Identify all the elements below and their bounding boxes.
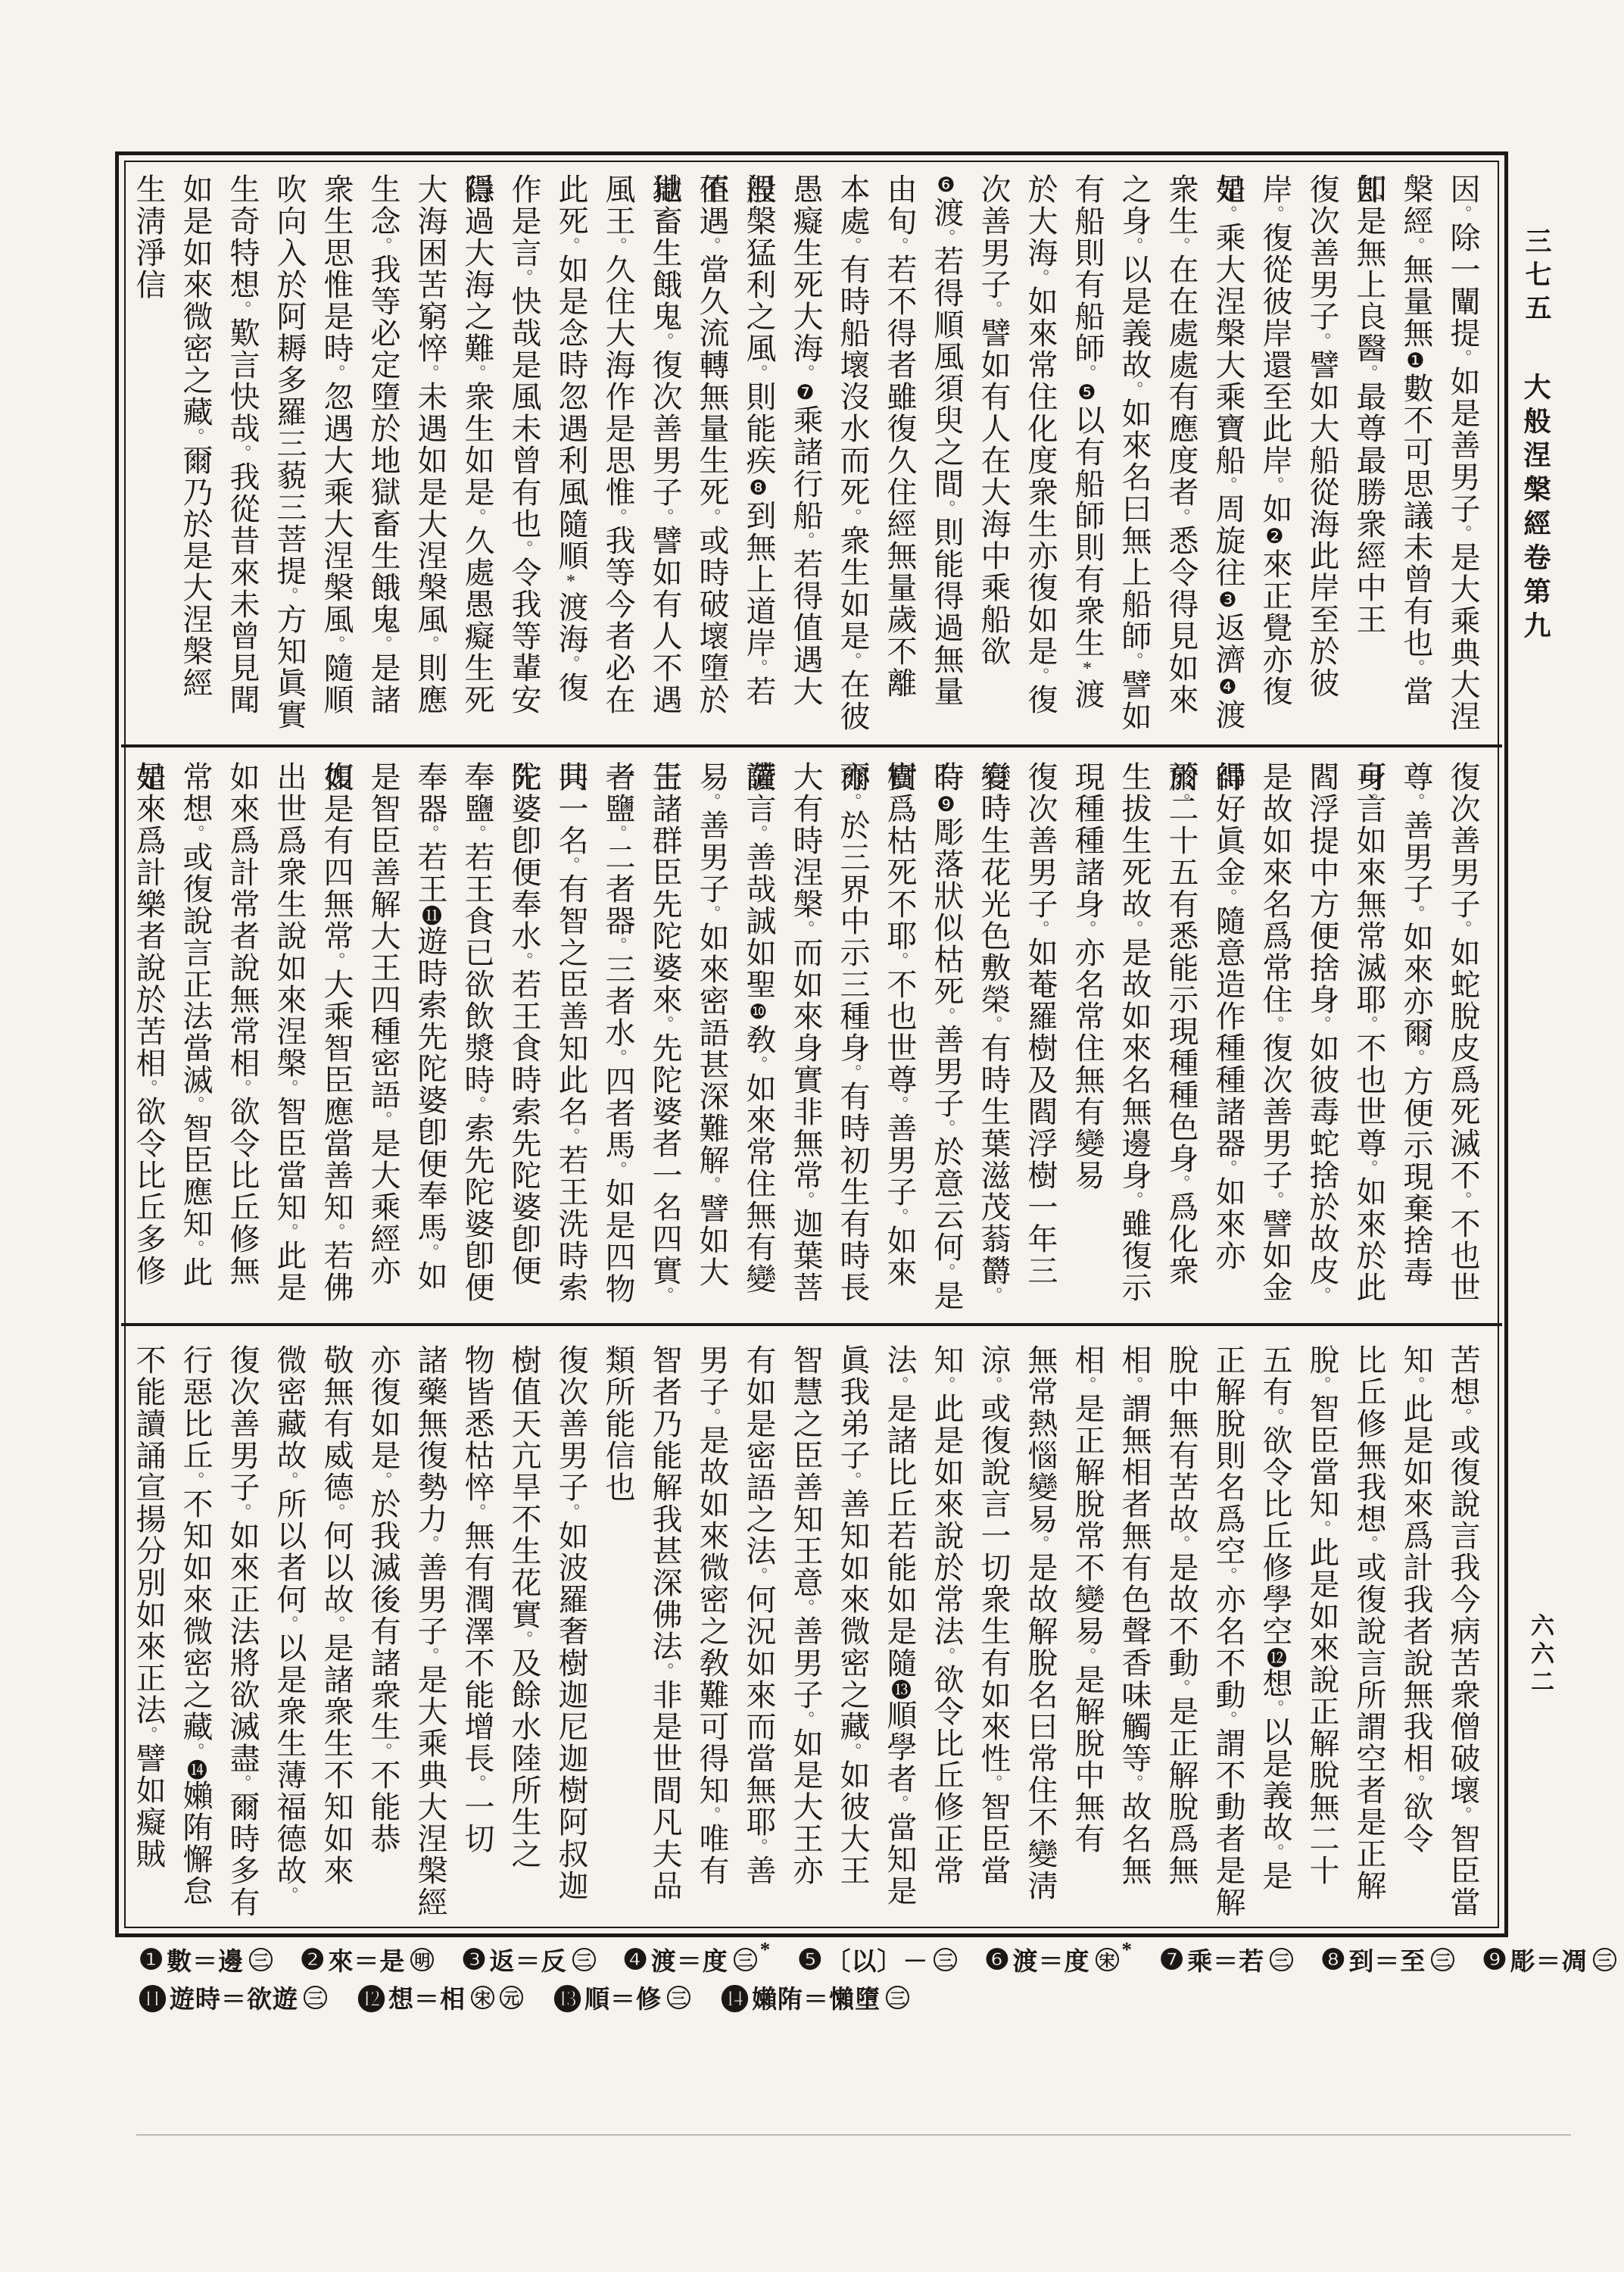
punctuation: 。 <box>186 825 205 841</box>
punctuation: 。 <box>233 1079 252 1096</box>
text-column: 法。是諸比丘若能如是隨⓭順學者。當知是 <box>876 1344 923 1929</box>
text-column: 生奇特想。歎言快哉。我從昔來未曾見聞 <box>219 173 266 735</box>
text-column: 得好眞金。隨意造作種種諸器。如來亦爾。 <box>1205 761 1252 1312</box>
scanned-sutra-page: { "header": { "leaf_label": "三七五", "sutr… <box>0 0 1624 2272</box>
punctuation: 。 <box>609 508 628 525</box>
apparatus-number-icon: ❾ <box>1482 1943 1507 1977</box>
apparatus-text: 返＝反 <box>490 1942 567 1977</box>
note-marker-icon: ❻ <box>935 173 958 197</box>
punctuation: 。 <box>796 1191 815 1208</box>
register-divider <box>121 744 1502 747</box>
punctuation: 。 <box>562 655 581 672</box>
text-column: 是。乘大涅槃大乘寶船。周旋往❸返濟❹渡 <box>1205 173 1252 735</box>
punctuation: 。 <box>609 1161 628 1178</box>
punctuation: 。 <box>186 1096 205 1113</box>
punctuation: 。 <box>1266 1408 1285 1425</box>
apparatus-number-icon: ⓫ <box>139 1977 167 2018</box>
punctuation: 。 <box>327 1503 346 1520</box>
edition-siglum-icon: 三 <box>249 1948 273 1971</box>
punctuation: 。 <box>515 540 534 557</box>
punctuation: 。 <box>1172 508 1191 525</box>
punctuation: 。 <box>656 1016 675 1032</box>
punctuation: 。 <box>984 301 1003 317</box>
note-marker-icon: ⓭ <box>888 1679 911 1699</box>
punctuation: 。 <box>750 1056 768 1072</box>
punctuation: 。 <box>1125 652 1144 669</box>
text-column: 有如是密語之法。何況如來而當無耶。善 <box>735 1344 782 1929</box>
apparatus-entry: ⓬想＝相宋元 <box>357 1977 523 2018</box>
punctuation: 。 <box>374 635 393 652</box>
punctuation: 。 <box>890 1096 909 1113</box>
punctuation: 。 <box>937 1263 956 1280</box>
apparatus-entry: ❽到＝至三 <box>1320 1942 1454 1977</box>
punctuation: 。 <box>327 364 346 381</box>
text-column: 次善男子。譬如有人在大海中乘船欲 <box>970 173 1017 735</box>
text-column: 陀婆卽便奉水。若王食時索先陀婆卽便 <box>500 761 547 1312</box>
text-column: 涼。或復說言一切衆生有如來性。智臣當 <box>970 1344 1017 1929</box>
punctuation: 。 <box>1031 1535 1050 1552</box>
punctuation: 。 <box>374 1111 393 1128</box>
apparatus-number-icon: ❺ <box>797 1943 822 1977</box>
collation-star-icon: * <box>1077 659 1097 679</box>
note-marker-icon: ⓬ <box>1264 1647 1286 1668</box>
punctuation: 。 <box>796 1711 815 1727</box>
folio-number: 六六二 <box>1523 1613 1557 1697</box>
apparatus-text: 嬾陏＝懶墮 <box>752 1980 881 2015</box>
text-column: 時❾彫落狀似枯死。善男子。於意云何。是樹 <box>923 761 970 1312</box>
text-column: 大有時涅槃。而如來身實非無常。迦葉菩薩 <box>782 761 829 1312</box>
punctuation: 。 <box>280 1223 299 1240</box>
edition-siglum-icon: 三 <box>572 1948 596 1971</box>
punctuation: 。 <box>1219 1567 1238 1584</box>
punctuation: 。 <box>937 1376 956 1393</box>
text-column: 樹值天亢旱不生花實。及餘水陸所生之 <box>500 1344 547 1929</box>
punctuation: 。 <box>1266 1191 1285 1208</box>
text-column: 者鹽。二者器。三者水。四者馬。如是四物共 <box>594 761 641 1312</box>
punctuation: 。 <box>1266 205 1285 222</box>
punctuation: 。 <box>233 445 252 461</box>
punctuation: 。 <box>843 1471 862 1488</box>
apparatus-number-icon: ⓭ <box>553 1977 581 2018</box>
note-marker-icon: ❷ <box>1264 525 1286 548</box>
apparatus-text: 乘＝若 <box>1187 1942 1264 1977</box>
text-column: 本處。有時船壞沒水而死。衆生如是。在彼 <box>829 173 876 735</box>
text-column: 尊。善男子。如來亦爾。方便示現棄捨毒身。 <box>1392 761 1439 1312</box>
punctuation: 。 <box>1125 1774 1144 1791</box>
punctuation: 。 <box>1454 1191 1473 1208</box>
apparatus-number-icon: ❽ <box>1320 1943 1345 1977</box>
punctuation: 。 <box>1454 349 1473 366</box>
punctuation: 。 <box>233 1503 252 1520</box>
text-column: 岸。復從彼岸還至此岸。如❷來正覺亦復如 <box>1252 173 1298 735</box>
text-column: 復次善男子。如來正法將欲滅盡。爾時多有 <box>219 1344 266 1929</box>
punctuation: 。 <box>1407 659 1426 676</box>
text-column: 復次善男子。如菴羅樹及閻浮樹一年三變。 <box>1017 761 1064 1312</box>
note-marker-icon: ❿ <box>747 1000 770 1024</box>
text-column: 男子。是故如來微密之敎難可得知。唯有 <box>688 1344 735 1929</box>
text-column: 可言如來無常滅耶。不也世尊。如來於此 <box>1345 761 1392 1312</box>
punctuation: 。 <box>796 1599 815 1615</box>
apparatus-number-icon: ❹ <box>623 1943 648 1977</box>
punctuation: 。 <box>280 1887 299 1903</box>
punctuation: 。 <box>1313 1287 1332 1303</box>
text-column: 愚癡生死大海。❼乘諸行船。若得值遇大般 <box>782 173 829 735</box>
edition-siglum-icon: 明 <box>410 1948 434 1971</box>
note-marker-icon: ❾ <box>935 793 958 816</box>
punctuation: 。 <box>1172 237 1191 254</box>
apparatus-number-icon: ❷ <box>300 1943 325 1977</box>
punctuation: 。 <box>374 1743 393 1759</box>
text-column: ❻渡。若得順風須臾之間。則能得過無量 <box>923 173 970 735</box>
apparatus-text: 到＝至 <box>1348 1942 1426 1977</box>
punctuation: 。 <box>1266 1699 1285 1716</box>
punctuation: 。 <box>796 920 815 937</box>
punctuation: 。 <box>609 825 628 841</box>
punctuation: 。 <box>327 952 346 969</box>
punctuation: 。 <box>1219 476 1238 493</box>
punctuation: 。 <box>937 1119 956 1136</box>
punctuation: 。 <box>1313 1376 1332 1393</box>
text-column: 於大海。如來常住化度衆生亦復如是。復 <box>1017 173 1064 735</box>
note-marker-icon: ❶ <box>1404 349 1427 373</box>
punctuation: 。 <box>186 1743 205 1759</box>
punctuation: 。 <box>515 1631 534 1647</box>
text-column: 閻浮提中方便捨身。如彼毒蛇捨於故皮。 <box>1298 761 1345 1312</box>
text-column: 復次善男子。如波羅奢樹迦尼迦樹阿叔迦 <box>547 1344 594 1929</box>
punctuation: 。 <box>1031 920 1050 937</box>
punctuation: 。 <box>843 508 862 525</box>
punctuation: 。 <box>139 1726 158 1743</box>
punctuation: 。 <box>609 937 628 953</box>
punctuation: 。 <box>515 269 534 286</box>
text-column: 是智臣善解大王四種密語。是大乘經亦復 <box>360 761 407 1312</box>
scan-artifact-line <box>136 2134 1571 2136</box>
text-column: 由旬。若不得者雖復久住經無量歲不離 <box>876 173 923 735</box>
punctuation: 。 <box>1078 1376 1097 1393</box>
text-column: 生拔生死故。是故如來名無邊身。雖復示 <box>1111 761 1158 1312</box>
punctuation: 。 <box>843 237 862 254</box>
punctuation: 。 <box>656 1287 675 1303</box>
apparatus-entry: ❼乘＝若三 <box>1159 1942 1293 1977</box>
punctuation: 。 <box>562 1128 581 1144</box>
punctuation: 。 <box>374 1471 393 1488</box>
text-column: 易。善男子。如來密語甚深難解。譬如大王 <box>688 761 735 1312</box>
punctuation: 。 <box>1407 793 1426 810</box>
punctuation: 。 <box>1078 920 1097 937</box>
edition-siglum-icon: 三 <box>304 1986 327 2009</box>
punctuation: 。 <box>280 1471 299 1488</box>
text-column: 正解脫則名爲空。亦名不動。謂不動者是解 <box>1205 1344 1252 1929</box>
punctuation: 。 <box>280 1615 299 1632</box>
punctuation: 。 <box>1031 269 1050 286</box>
punctuation: 。 <box>796 364 815 381</box>
text-column: 知。此是如來說於常法。欲令比丘修正常 <box>923 1344 970 1929</box>
note-marker-icon: ❸ <box>1217 588 1239 612</box>
edition-siglum-icon: 三 <box>667 1986 690 2009</box>
punctuation: 。 <box>421 1647 440 1664</box>
punctuation: 。 <box>890 952 909 969</box>
text-column: 獄畜生餓鬼。復次善男子。譬如有人不遇 <box>641 173 688 735</box>
punctuation: 。 <box>750 1838 768 1855</box>
punctuation: 。 <box>233 1774 252 1791</box>
register-divider <box>121 1323 1502 1326</box>
punctuation: 。 <box>1125 237 1144 254</box>
apparatus-entry: ⓭順＝修三 <box>553 1977 690 2018</box>
text-column: 常想。或復說言正法當滅。智臣應知。此是 <box>172 761 219 1312</box>
leaf-number: 三七五 <box>1517 227 1555 327</box>
punctuation: 。 <box>937 500 956 517</box>
text-column: 苦想。或復說言我今病苦衆僧破壞。智臣當 <box>1439 1344 1486 1929</box>
note-marker-icon: ❼ <box>794 381 817 404</box>
punctuation: 。 <box>1078 1647 1097 1664</box>
punctuation: 。 <box>1266 1843 1285 1860</box>
text-column: 脫中無有苦故。是故不動。是正解脫爲無 <box>1158 1344 1205 1929</box>
punctuation: 。 <box>1454 525 1473 541</box>
punctuation: 。 <box>656 508 675 525</box>
punctuation: 。 <box>1360 1159 1379 1176</box>
punctuation: 。 <box>703 1408 722 1425</box>
apparatus-text: 來＝是 <box>328 1942 405 1977</box>
text-column: 如是如來微密之藏。爾乃於是大涅槃經 <box>172 173 219 735</box>
text-column: 無常熱惱變易。是故解脫名曰常住不變淸 <box>1017 1344 1064 1929</box>
register-top: 因。除一闡提。如是善男子。是大乘典大涅槃經。無量無❶數不可思議未曾有也。當知卽是… <box>123 173 1486 735</box>
edition-siglum-icon: 三 <box>886 1986 909 2009</box>
punctuation: 。 <box>750 1567 768 1584</box>
apparatus-entry: ❸返＝反三 <box>461 1942 595 1977</box>
text-column: 告諸群臣先陀婆來。先陀婆者一名四實。一 <box>641 761 688 1312</box>
punctuation: 。 <box>1125 1191 1144 1208</box>
punctuation: 。 <box>750 364 768 381</box>
collation-star-icon: * <box>760 1942 771 1957</box>
punctuation: 。 <box>1078 364 1097 381</box>
punctuation: 。 <box>703 237 722 254</box>
punctuation: 。 <box>796 532 815 548</box>
punctuation: 。 <box>1360 1016 1379 1032</box>
punctuation: 。 <box>890 1795 909 1812</box>
text-column: 物皆悉枯悴。無有潤澤不能增長。一切 <box>454 1344 500 1929</box>
punctuation: 。 <box>468 1774 487 1791</box>
punctuation: 。 <box>280 587 299 604</box>
punctuation: 。 <box>186 1240 205 1256</box>
text-column: 之身。以是義故。如來名曰無上船師。譬如 <box>1111 173 1158 735</box>
punctuation: 。 <box>1454 1806 1473 1823</box>
text-column: 大海困苦窮悴。未遇如是大涅槃風。則應 <box>407 173 454 735</box>
punctuation: 。 <box>280 1079 299 1096</box>
text-column: 有時生花光色敷榮。有時生葉滋茂蓊欝。有 <box>970 761 1017 1312</box>
text-column: 如是有四無常。大乘智臣應當善知。若佛 <box>313 761 360 1312</box>
punctuation: 。 <box>1266 476 1285 493</box>
apparatus-number-icon: ❻ <box>984 1943 1009 1977</box>
punctuation: 。 <box>703 1806 722 1823</box>
text-column: 復次善男子。譬如大船從海此岸至於彼 <box>1298 173 1345 735</box>
punctuation: 。 <box>468 508 487 525</box>
apparatus-text: 〔以〕－ <box>825 1942 928 1977</box>
punctuation: 。 <box>1219 1159 1238 1176</box>
text-column: 相。是正解脫常不變易。是解脫中無有 <box>1064 1344 1111 1929</box>
text-column: 類所能信也 <box>594 1344 641 1929</box>
apparatus-text: 渡＝度 <box>651 1942 728 1977</box>
edition-siglum-icon: 三 <box>1593 1948 1616 1971</box>
sutra-title: 大般涅槃經卷第九 <box>1516 373 1555 645</box>
text-column: 眞我弟子。善知如來微密之藏。如彼大王 <box>829 1344 876 1929</box>
note-marker-icon: ⓫ <box>419 905 441 925</box>
punctuation: 。 <box>186 428 205 445</box>
apparatus-number-icon: ❼ <box>1159 1943 1184 1977</box>
text-column: 風王。久住大海作是思惟。我等今者必在 <box>594 173 641 735</box>
punctuation: 。 <box>1407 1049 1426 1066</box>
text-column: 微密藏故。所以者何。以是衆生薄福德故。 <box>266 1344 313 1929</box>
register-bottom: 苦想。或復說言我今病苦衆僧破壞。智臣當知。此是如來爲計我者說無我相。欲令比丘修無… <box>123 1344 1486 1929</box>
apparatus-text: 彫＝凋 <box>1510 1942 1588 1977</box>
punctuation: 。 <box>937 1647 956 1664</box>
apparatus-text: 想＝相 <box>388 1980 466 2015</box>
punctuation: 。 <box>1219 1711 1238 1727</box>
punctuation: 。 <box>890 237 909 254</box>
apparatus-entry: ❶數＝邊三 <box>139 1942 273 1977</box>
punctuation: 。 <box>421 825 440 841</box>
punctuation: 。 <box>1172 1679 1191 1696</box>
apparatus-line-2: ⓫遊時＝欲遊三⓬想＝相宋元⓭順＝修三⓮嬾陏＝懶墮三 <box>139 1977 909 2018</box>
punctuation: 。 <box>468 1503 487 1520</box>
text-column: 吹向入於阿耨多羅三藐三菩提。方知眞實 <box>266 173 313 735</box>
punctuation: 。 <box>890 1376 909 1393</box>
text-column: 智慧之臣善知王意。善男子。如是大王亦 <box>782 1344 829 1929</box>
punctuation: 。 <box>1172 1175 1191 1191</box>
punctuation: 。 <box>233 301 252 317</box>
punctuation: 。 <box>1407 1376 1426 1393</box>
text-column: 此死。如是念時忽遇利風隨順*渡海。復 <box>547 173 594 735</box>
punctuation: 。 <box>515 952 534 969</box>
punctuation: 。 <box>984 1287 1003 1303</box>
text-column: 知。此是如來爲計我者說無我相。欲令 <box>1392 1344 1439 1929</box>
text-column: 因。除一闡提。如是善男子。是大乘典大涅 <box>1439 173 1486 735</box>
punctuation: 。 <box>1125 381 1144 398</box>
note-marker-icon: ⓮ <box>184 1759 207 1780</box>
text-column: 不能讀誦宣揚分別如來正法。譬如癡賊 <box>125 1344 172 1929</box>
note-marker-icon: ❹ <box>1217 676 1239 699</box>
apparatus-entry: ❷來＝是明 <box>300 1942 434 1977</box>
punctuation: 。 <box>1407 237 1426 254</box>
punctuation: 。 <box>421 1244 440 1260</box>
punctuation: 。 <box>609 1049 628 1066</box>
text-column: 是故如來名爲常住。復次善男子。譬如金師 <box>1252 761 1298 1312</box>
punctuation: 。 <box>421 635 440 652</box>
punctuation: 。 <box>1407 905 1426 922</box>
apparatus-line-1: ❶數＝邊三❷來＝是明❸返＝反三❹渡＝度三*❺〔以〕－三❻渡＝度宋*❼乘＝若三❽到… <box>139 1942 1624 1977</box>
punctuation: 。 <box>656 1662 675 1679</box>
edition-siglum-icon: 三 <box>734 1948 757 1971</box>
punctuation: 。 <box>609 237 628 254</box>
punctuation: 。 <box>562 1503 581 1520</box>
punctuation: 。 <box>1313 1520 1332 1537</box>
text-column: 敬無有威德。何以故。是諸衆生不知如來 <box>313 1344 360 1929</box>
text-column: 卽是無上良醫。最尊最勝衆經中王 <box>1345 173 1392 735</box>
punctuation: 。 <box>1313 332 1332 349</box>
text-column: 同一名。有智之臣善知此名。若王洗時索先 <box>547 761 594 1312</box>
punctuation: 。 <box>327 635 346 652</box>
punctuation: 。 <box>1219 205 1238 222</box>
apparatus-number-icon: ⓮ <box>721 1977 749 2018</box>
text-column: 有船則有船師。❺以有船師則有衆生*渡 <box>1064 173 1111 735</box>
text-column: 衆生思惟是時。忽遇大乘大涅槃風。隨順 <box>313 173 360 735</box>
punctuation: 。 <box>327 1223 346 1240</box>
text-column: 如來爲計常者說無常相。欲令比丘修無 <box>219 761 266 1312</box>
punctuation: 。 <box>703 1176 722 1193</box>
punctuation: 。 <box>186 1471 205 1488</box>
punctuation: 。 <box>937 1007 956 1024</box>
text-box: 因。除一闡提。如是善男子。是大乘典大涅槃經。無量無❶數不可思議未曾有也。當知卽是… <box>115 151 1508 1937</box>
punctuation: 。 <box>1031 667 1050 684</box>
text-column: 智者乃能解我甚深佛法。非是世間凡夫品 <box>641 1344 688 1929</box>
text-column: 實爲枯死不耶。不也世尊。善男子。如來亦 <box>876 761 923 1312</box>
apparatus-entry: ❺〔以〕－三 <box>797 1942 957 1977</box>
text-column: 生念。我等必定墮於地獄畜生餓鬼。是諸 <box>360 173 407 735</box>
apparatus-entry: ❻渡＝度宋* <box>984 1942 1132 1977</box>
apparatus-number-icon: ❸ <box>461 1943 486 1977</box>
collation-star-icon: * <box>1122 1942 1133 1957</box>
text-column: 奉器。若王⓫遊時索先陀婆卽便奉馬。如 <box>407 761 454 1312</box>
punctuation: 。 <box>1454 205 1473 222</box>
punctuation: 。 <box>843 1064 862 1081</box>
apparatus-text: 數＝邊 <box>167 1942 244 1977</box>
edition-siglum-icon: 三 <box>934 1948 957 1971</box>
punctuation: 。 <box>703 793 722 810</box>
punctuation: 。 <box>656 332 675 349</box>
punctuation: 。 <box>984 1016 1003 1032</box>
apparatus-text: 遊時＝欲遊 <box>170 1980 298 2015</box>
punctuation: 。 <box>468 825 487 841</box>
punctuation: 。 <box>1125 920 1144 937</box>
text-column: 亦復如是。於我滅後有諸衆生。不能恭 <box>360 1344 407 1929</box>
punctuation: 。 <box>703 905 722 922</box>
text-column: 如來爲計樂者說於苦相。欲令比丘多修 <box>125 761 172 1312</box>
punctuation: 。 <box>937 229 956 245</box>
register-middle: 復次善男子。如蛇脫皮爲死滅不。不也世尊。善男子。如來亦爾。方便示現棄捨毒身。可言… <box>123 761 1486 1312</box>
punctuation: 。 <box>139 1079 158 1096</box>
apparatus-text: 順＝修 <box>584 1980 662 2015</box>
text-column: 比丘修無我想。或復說言所謂空者是正解 <box>1345 1344 1392 1929</box>
text-column: 現種種諸身。亦名常住無有變易 <box>1064 761 1111 1312</box>
text-column: 相。謂無相者無有色聲香味觸等。故名無 <box>1111 1344 1158 1929</box>
apparatus-entry: ⓫遊時＝欲遊三 <box>139 1977 327 2018</box>
punctuation: 。 <box>843 793 862 810</box>
punctuation: 。 <box>843 1743 862 1759</box>
punctuation: 。 <box>468 1096 487 1113</box>
punctuation: 。 <box>562 237 581 254</box>
text-column: 值遇。當久流轉無量生死。或時破壞墮於地 <box>688 173 735 735</box>
punctuation: 。 <box>421 364 440 381</box>
text-column: 諸藥無復勢力。善男子。是大乘典大涅槃經 <box>407 1344 454 1929</box>
note-marker-icon: ❺ <box>1076 381 1099 404</box>
edition-siglum-icon: 三 <box>1431 1948 1454 1971</box>
text-column: 爾。於三界中示三種身。有時初生有時長 <box>829 761 876 1312</box>
punctuation: 。 <box>750 825 768 841</box>
punctuation: 。 <box>1360 364 1379 381</box>
apparatus-entry: ⓮嬾陏＝懶墮三 <box>721 1977 909 2018</box>
collation-star-icon: * <box>561 572 581 591</box>
punctuation: 。 <box>1360 1535 1379 1552</box>
punctuation: 。 <box>1454 1408 1473 1425</box>
punctuation: 。 <box>984 1774 1003 1791</box>
punctuation: 。 <box>421 1535 440 1552</box>
text-column: 槃經。無量無❶數不可思議未曾有也。當知 <box>1392 173 1439 735</box>
text-column: 得過大海之難。衆生如是。久處愚癡生死 <box>454 173 500 735</box>
punctuation: 。 <box>1266 1016 1285 1032</box>
text-column: 出世爲衆生說如來涅槃。智臣當知。此是 <box>266 761 313 1312</box>
text-column: 行惡比丘。不知如來微密之藏。⓮嬾陏懈怠 <box>172 1344 219 1929</box>
punctuation: 。 <box>1313 1016 1332 1032</box>
edition-siglum-icon: 元 <box>500 1986 523 2009</box>
